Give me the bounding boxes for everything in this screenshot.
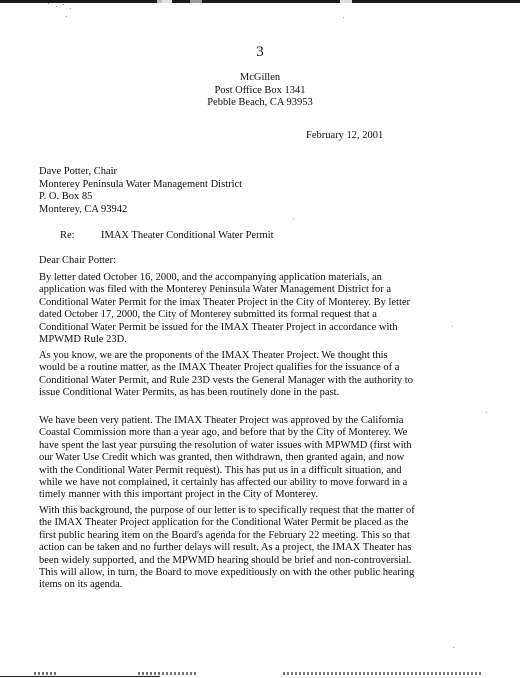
paragraph-line: issue Conditional Water Permits, as has … [39,387,413,399]
body-paragraph-3: We have been very patient. The IMAX Thea… [39,415,412,502]
paragraph-line: Coastal Commission more than a year ago,… [39,427,412,439]
paragraph-line: With this background, the purpose of our… [39,505,415,517]
recipient-city: Monterey, CA 93942 [39,204,242,217]
paragraph-line: while we have not complained, it certain… [39,477,412,489]
paragraph-line: Conditional Water Permit for the imax Th… [39,297,410,309]
letter-date: February 12, 2001 [306,130,383,141]
scan-speck [56,6,57,7]
sender-po-box: Post Office Box 1341 [0,85,520,98]
scan-speck [343,17,344,18]
paragraph-line: Conditional Water Permit be issued for t… [39,322,410,334]
paragraph-line: would be a routine matter, as the IMAX T… [39,362,413,374]
sender-address: McGillen Post Office Box 1341 Pebble Bea… [0,72,520,110]
fax-header-gap [340,0,352,3]
fax-footer-text [34,672,58,675]
sender-city: Pebble Beach, CA 93953 [0,97,520,110]
scan-speck [63,4,64,5]
body-paragraph-2: As you know, we are the proponents of th… [39,350,413,400]
body-paragraph-1: By letter dated October 16, 2000, and th… [39,272,410,346]
scan-speck [452,326,453,327]
body-paragraph-4: With this background, the purpose of our… [39,505,415,592]
fax-header-gap [190,0,202,3]
recipient-name: Dave Potter, Chair [39,166,242,179]
scan-speck [453,647,454,648]
fax-header-strip [0,0,520,3]
paragraph-line: As you know, we are the proponents of th… [39,350,413,362]
paragraph-line: action can be taken and no further delay… [39,542,415,554]
paragraph-line: Conditional Water Permit, and Rule 23D v… [39,375,413,387]
paragraph-line: the IMAX Theater Project application for… [39,517,415,529]
paragraph-line: our Water Use Credit which was granted, … [39,452,412,464]
recipient-address: Dave Potter, Chair Monterey Peninsula Wa… [39,166,242,216]
paragraph-line: been widely supported, and the MPWMD hea… [39,555,415,567]
salutation: Dear Chair Potter: [39,255,116,266]
fax-footer-text [138,672,198,675]
sender-name: McGillen [0,72,520,85]
page-number: 3 [0,44,520,61]
paragraph-line: We have been very patient. The IMAX Thea… [39,415,412,427]
paragraph-line: with the Conditional Water Permit reques… [39,465,412,477]
scan-speck [70,8,71,9]
fax-header-gap [162,0,172,3]
paragraph-line: This will allow, in turn, the Board to m… [39,567,415,579]
scan-speck [48,3,49,4]
paragraph-line: timely manner with this important projec… [39,489,412,501]
recipient-organization: Monterey Peninsula Water Management Dist… [39,179,242,192]
recipient-po-box: P. O. Box 85 [39,191,242,204]
fax-footer-line [0,676,160,677]
scan-speck [66,16,67,17]
subject-line: Re:IMAX Theater Conditional Water Permit [39,230,274,241]
fax-footer-text [283,672,483,675]
paragraph-line: first public hearing item on the Board's… [39,530,415,542]
paragraph-line: have spent the last year pursuing the re… [39,440,412,452]
paragraph-line: dated October 17, 2000, the City of Mont… [39,309,410,321]
scan-speck [486,412,487,413]
subject-text: IMAX Theater Conditional Water Permit [101,230,274,241]
paragraph-line: application was filed with the Monterey … [39,284,410,296]
paragraph-line: items on its agenda. [39,579,415,591]
paragraph-line: MPWMD Rule 23D. [39,334,410,346]
scan-speck [293,218,294,219]
subject-label: Re: [39,230,101,241]
paragraph-line: By letter dated October 16, 2000, and th… [39,272,410,284]
